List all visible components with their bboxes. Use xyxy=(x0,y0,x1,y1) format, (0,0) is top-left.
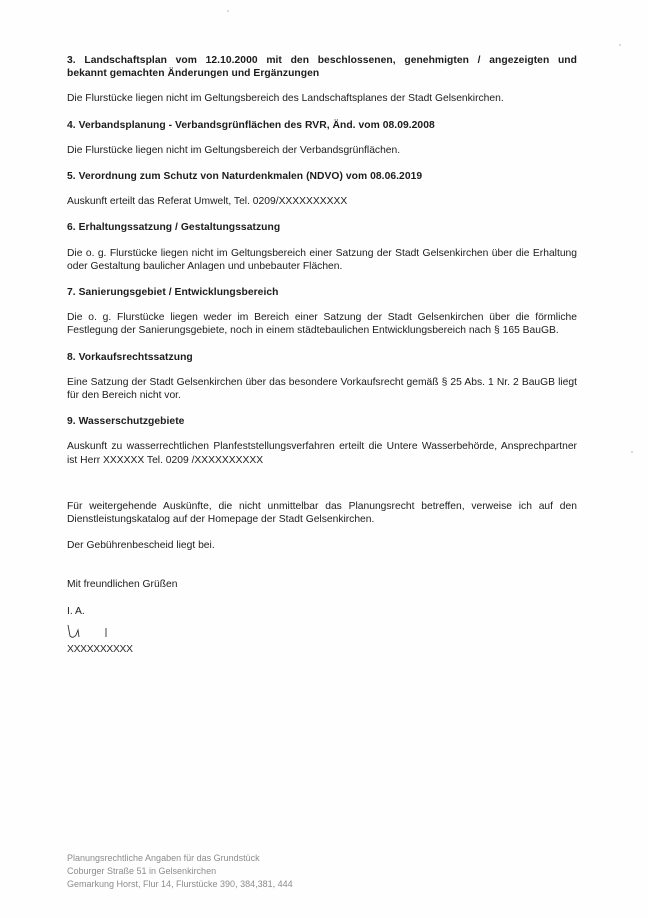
further-info-paragraph: Für weitergehende Auskünfte, die nicht u… xyxy=(67,500,577,526)
scan-speck xyxy=(619,44,621,46)
fee-notice: Der Gebührenbescheid liegt bei. xyxy=(67,539,577,552)
section-heading: 3. Landschaftsplan vom 12.10.2000 mit de… xyxy=(67,54,577,80)
section-heading: 9. Wasserschutzgebiete xyxy=(67,415,577,428)
section-heading: 6. Erhaltungssatzung / Gestaltungssatzun… xyxy=(67,221,577,234)
section-heading: 7. Sanierungsgebiet / Entwicklungsbereic… xyxy=(67,286,577,299)
document-page: 3. Landschaftsplan vom 12.10.2000 mit de… xyxy=(0,0,648,918)
footer-line-2: Coburger Straße 51 in Gelsenkirchen xyxy=(67,865,293,878)
footer-line-3: Gemarkung Horst, Flur 14, Flurstücke 390… xyxy=(67,878,293,891)
section-landschaftsplan: 3. Landschaftsplan vom 12.10.2000 mit de… xyxy=(67,54,577,106)
on-behalf-note: I. A. xyxy=(67,605,577,618)
section-body: Die Flurstücke liegen nicht im Geltungsb… xyxy=(67,144,577,157)
section-naturdenkmale: 5. Verordnung zum Schutz von Naturdenkma… xyxy=(67,170,577,208)
section-verbandsplanung: 4. Verbandsplanung - Verbandsgrünflächen… xyxy=(67,119,577,157)
section-wasserschutzgebiete: 9. Wasserschutzgebiete Auskunft zu wasse… xyxy=(67,415,577,467)
section-heading: 4. Verbandsplanung - Verbandsgrünflächen… xyxy=(67,119,577,132)
signature-block: XXXXXXXXXX xyxy=(67,628,187,658)
handwritten-signature-icon xyxy=(65,622,125,644)
heading-line-1: 3. Landschaftsplan vom 12.10.2000 mit de… xyxy=(67,54,577,67)
section-body: Die o. g. Flurstücke liegen weder im Ber… xyxy=(67,311,577,337)
section-erhaltungssatzung: 6. Erhaltungssatzung / Gestaltungssatzun… xyxy=(67,221,577,273)
section-body: Auskunft erteilt das Referat Umwelt, Tel… xyxy=(67,195,577,208)
heading-line-2: bekannt gemachten Änderungen und Ergänzu… xyxy=(67,68,319,79)
spacer xyxy=(67,480,577,500)
page-footer: Planungsrechtliche Angaben für das Grund… xyxy=(67,852,293,892)
section-body: Die o. g. Flurstücke liegen nicht im Gel… xyxy=(67,247,577,273)
section-vorkaufsrecht: 8. Vorkaufsrechtssatzung Eine Satzung de… xyxy=(67,351,577,403)
section-body: Die Flurstücke liegen nicht im Geltungsb… xyxy=(67,92,577,105)
section-body: Eine Satzung der Stadt Gelsenkirchen übe… xyxy=(67,376,577,402)
letter-body: 3. Landschaftsplan vom 12.10.2000 mit de… xyxy=(67,54,577,658)
section-sanierungsgebiet: 7. Sanierungsgebiet / Entwicklungsbereic… xyxy=(67,286,577,338)
section-heading: 8. Vorkaufsrechtssatzung xyxy=(67,351,577,364)
scan-speck xyxy=(227,10,229,12)
signatory-name: XXXXXXXXXX xyxy=(67,643,133,656)
section-heading: 5. Verordnung zum Schutz von Naturdenkma… xyxy=(67,170,577,183)
section-body: Auskunft zu wasserrechtlichen Planfestst… xyxy=(67,440,577,466)
scan-speck xyxy=(631,451,633,453)
footer-line-1: Planungsrechtliche Angaben für das Grund… xyxy=(67,852,293,865)
closing-salutation: Mit freundlichen Grüßen xyxy=(67,578,577,591)
